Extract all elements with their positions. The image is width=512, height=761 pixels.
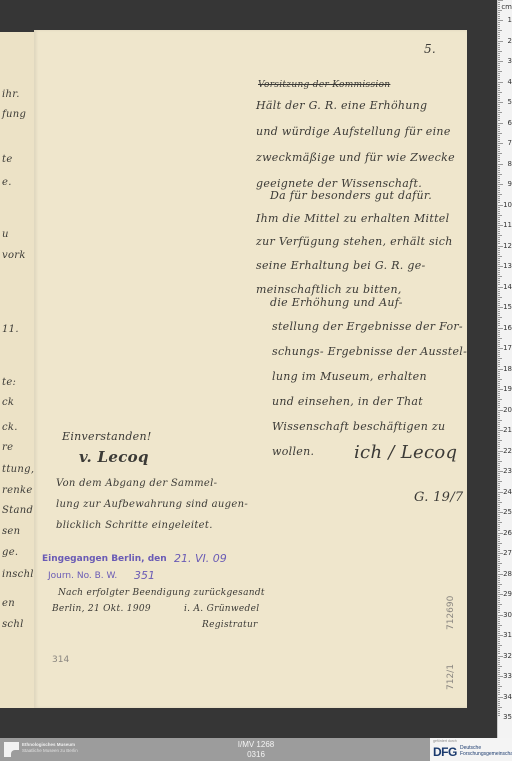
ruler-tick — [498, 161, 500, 162]
left-page-fragment: ck — [2, 397, 14, 408]
ruler-tick — [498, 178, 500, 179]
ruler-tick — [498, 358, 502, 359]
approval-note-line: lung zur Aufbewahrung sind augen- — [56, 499, 248, 510]
ruler-tick — [498, 555, 500, 556]
ruler-tick — [498, 315, 500, 316]
ruler-label: 31 — [503, 631, 512, 639]
ruler-tick — [498, 278, 500, 279]
ruler-tick — [498, 274, 500, 275]
ruler-tick — [498, 12, 500, 13]
ruler-tick — [498, 563, 502, 564]
ruler-tick — [498, 504, 500, 505]
ruler-label: 27 — [503, 549, 512, 557]
ruler-tick — [498, 578, 500, 579]
ruler-tick — [498, 574, 503, 575]
ruler-tick — [498, 664, 500, 665]
ruler-tick — [498, 272, 500, 273]
ruler-tick — [498, 155, 500, 156]
ruler-tick — [498, 420, 502, 421]
ruler-tick — [498, 510, 500, 511]
left-page-fragment: ck. — [2, 422, 18, 433]
ruler-tick — [498, 678, 500, 679]
ruler-tick — [498, 709, 500, 710]
ruler-tick — [498, 256, 502, 257]
ruler-tick — [498, 545, 500, 546]
ruler-tick — [498, 371, 500, 372]
ruler-tick — [498, 28, 500, 29]
ruler-tick — [498, 658, 500, 659]
ruler-tick — [498, 319, 500, 320]
ruler-tick — [498, 342, 500, 343]
ruler-tick — [498, 469, 500, 470]
ruler-tick — [498, 303, 500, 304]
ruler-label: 4 — [508, 78, 512, 86]
ruler-tick — [498, 373, 500, 374]
ruler-label: 10 — [503, 201, 512, 209]
ruler-tick — [498, 323, 500, 324]
ruler-tick — [498, 623, 500, 624]
ruler-tick — [498, 539, 500, 540]
ruler-tick — [498, 569, 500, 570]
left-page-fragment: te — [2, 154, 13, 165]
ruler-tick — [498, 262, 500, 263]
return-note-line: Nach erfolgter Beendigung zurückgesandt — [58, 588, 265, 598]
ruler-tick — [498, 14, 500, 15]
ruler-tick — [498, 131, 500, 132]
ruler-tick — [498, 94, 500, 95]
ruler-tick — [498, 483, 500, 484]
ruler-tick — [498, 522, 502, 523]
ruler-tick — [498, 280, 500, 281]
ruler-tick — [498, 0, 503, 1]
ruler-tick — [498, 202, 500, 203]
ruler-tick — [498, 699, 500, 700]
ruler-tick — [498, 453, 500, 454]
ruler-tick — [498, 442, 500, 443]
ruler-tick — [498, 455, 500, 456]
ruler-tick — [498, 377, 500, 378]
ruler-tick — [498, 412, 500, 413]
ruler-tick — [498, 582, 500, 583]
ruler-tick — [498, 92, 502, 93]
ruler-tick — [498, 157, 500, 158]
ruler-tick — [498, 526, 500, 527]
ruler-label: 23 — [503, 467, 512, 475]
ruler-tick — [498, 444, 500, 445]
ruler-tick — [498, 67, 500, 68]
ruler-tick — [498, 649, 500, 650]
ruler-tick — [498, 227, 500, 228]
ruler-label: 30 — [503, 611, 512, 619]
ruler-tick — [498, 662, 500, 663]
ruler-tick — [498, 84, 500, 85]
ruler-tick — [498, 223, 500, 224]
ruler-tick — [498, 79, 500, 80]
initials-signature: ich / Lecoq — [354, 442, 457, 463]
ruler-tick — [498, 436, 500, 437]
ruler-tick — [498, 391, 500, 392]
ruler-tick — [498, 697, 503, 698]
ruler-tick — [498, 588, 500, 589]
text-line: wollen. — [272, 445, 314, 458]
ruler-label: 28 — [503, 570, 512, 578]
ruler-tick — [498, 192, 500, 193]
ruler-tick — [498, 276, 502, 277]
stamp-journal-number: 351 — [134, 569, 155, 582]
ruler-tick — [498, 313, 500, 314]
ruler-tick — [498, 166, 500, 167]
ruler-tick — [498, 145, 500, 146]
ruler-tick — [498, 63, 500, 64]
ruler-tick — [498, 43, 500, 44]
text-line: zweckmäßige und für wie Zwecke — [256, 151, 455, 164]
ruler-tick — [498, 36, 500, 37]
ruler-tick — [498, 65, 500, 66]
ruler-tick — [498, 198, 500, 199]
ruler-tick — [498, 246, 503, 247]
left-page-fragment: ge. — [2, 547, 18, 558]
ruler-tick — [498, 496, 500, 497]
ruler-tick — [498, 432, 500, 433]
ruler-tick — [498, 328, 503, 329]
ruler-tick — [498, 252, 500, 253]
ruler-tick — [498, 325, 500, 326]
ruler-tick — [498, 151, 500, 152]
ruler-tick — [498, 481, 502, 482]
approval-heading: Einverstanden! — [62, 430, 152, 443]
stamp-journal-label: Journ. No. B. W. — [48, 571, 117, 581]
ruler-tick — [498, 479, 500, 480]
ruler-tick — [498, 610, 500, 611]
ruler-label: 7 — [508, 139, 512, 147]
left-page-fragment: sen — [2, 526, 20, 537]
ruler-tick — [498, 594, 503, 595]
text-line: Wissenschaft beschäftigen zu — [272, 420, 445, 433]
ruler-tick — [498, 102, 503, 103]
dfg-name-line-2: Forschungsgemeinschaft — [460, 751, 512, 757]
ruler-tick — [498, 576, 500, 577]
ruler-tick — [498, 571, 500, 572]
pencil-note-margin-bottom: 712/1 — [446, 664, 456, 690]
ruler-tick — [498, 666, 502, 667]
return-note-signature: i. A. Grünwedel — [184, 604, 259, 614]
ruler-tick — [498, 186, 500, 187]
ruler-tick — [498, 416, 500, 417]
ruler-tick — [498, 518, 500, 519]
text-line: und einsehen, in der That — [272, 395, 423, 408]
ruler-label: 22 — [503, 447, 512, 455]
ruler-tick — [498, 608, 500, 609]
ruler-tick — [498, 465, 500, 466]
ruler-tick — [498, 637, 500, 638]
ruler-tick — [498, 153, 502, 154]
ruler-tick — [498, 537, 500, 538]
ruler-label: 29 — [503, 590, 512, 598]
ruler-tick — [498, 559, 500, 560]
ruler-tick — [498, 194, 502, 195]
archive-footer: Ethnologisches Museum Staatliche Museen … — [0, 738, 512, 761]
ruler-tick — [498, 24, 500, 25]
ruler-tick — [498, 553, 503, 554]
ruler-tick — [498, 108, 500, 109]
ruler-tick — [498, 133, 502, 134]
ruler-tick — [498, 549, 500, 550]
ruler-tick — [498, 38, 500, 39]
ruler-unit-label: cm — [501, 3, 512, 11]
ruler-tick — [498, 557, 500, 558]
ruler-tick — [498, 516, 500, 517]
ruler-tick — [498, 116, 500, 117]
ruler-tick — [498, 287, 503, 288]
ruler-tick — [498, 143, 503, 144]
ruler-tick — [498, 45, 500, 46]
ruler-tick — [498, 239, 500, 240]
ruler-tick — [498, 403, 500, 404]
stamp-received-label: Eingegangen Berlin, den — [42, 554, 167, 564]
ruler-label: 6 — [508, 119, 512, 127]
ruler-tick — [498, 500, 500, 501]
ruler-tick — [498, 690, 500, 691]
ruler-label: 13 — [503, 262, 512, 270]
ruler-tick — [498, 653, 500, 654]
ruler-tick — [498, 381, 500, 382]
ruler-tick — [498, 674, 500, 675]
ruler-tick — [498, 120, 500, 121]
ruler-tick — [498, 533, 503, 534]
ruler-tick — [498, 567, 500, 568]
ruler-tick — [498, 311, 500, 312]
dfg-funded-label: gefördert durch — [433, 739, 457, 743]
ruler-tick — [498, 705, 500, 706]
return-note-date: Berlin, 21 Okt. 1909 — [52, 604, 151, 614]
ruler-label: 3 — [508, 57, 512, 65]
ruler-tick — [498, 295, 500, 296]
ruler-tick — [498, 596, 500, 597]
ruler-tick — [498, 127, 500, 128]
ruler-tick — [498, 340, 500, 341]
ruler-tick — [498, 600, 500, 601]
ruler-tick — [498, 660, 500, 661]
ruler-tick — [498, 268, 500, 269]
approval-signature: v. Lecoq — [79, 448, 149, 466]
ruler-tick — [498, 164, 503, 165]
ruler-tick — [498, 354, 500, 355]
ruler-tick — [498, 317, 502, 318]
ruler-tick — [498, 535, 500, 536]
ruler-tick — [498, 149, 500, 150]
text-line: meinschaftlich zu bitten, — [256, 283, 402, 296]
ruler-tick — [498, 405, 500, 406]
ruler-tick — [498, 428, 500, 429]
return-note-registry: Registratur — [202, 620, 258, 630]
ruler-tick — [498, 336, 500, 337]
left-page-fragment: ttung, — [2, 464, 34, 475]
ruler-tick — [498, 16, 500, 17]
ruler-tick — [498, 676, 503, 677]
left-page-fragment: schl — [2, 619, 24, 630]
ruler-tick — [498, 100, 500, 101]
ruler-tick — [498, 291, 500, 292]
ruler-tick — [498, 514, 500, 515]
ruler-tick — [498, 639, 500, 640]
ruler-tick — [498, 477, 500, 478]
ruler-tick — [498, 641, 500, 642]
ruler-tick — [498, 6, 500, 7]
approval-note-line: Von dem Abgang der Sammel- — [56, 478, 217, 489]
ruler-tick — [498, 77, 500, 78]
ruler-tick — [498, 332, 500, 333]
ruler-tick — [498, 440, 502, 441]
ruler-tick — [498, 346, 500, 347]
ruler-tick — [498, 541, 500, 542]
ruler-label: 33 — [503, 672, 512, 680]
ruler-tick — [498, 26, 500, 27]
ruler-tick — [498, 672, 500, 673]
ruler-tick — [498, 473, 500, 474]
ruler-tick — [498, 520, 500, 521]
ruler-tick — [498, 617, 500, 618]
ruler-label: 14 — [503, 283, 512, 291]
ruler-tick — [498, 8, 500, 9]
left-page-fragment: u — [2, 229, 9, 240]
ruler-label: 1 — [508, 16, 512, 24]
ruler-tick — [498, 459, 500, 460]
ruler-tick — [498, 250, 500, 251]
ruler-tick — [498, 254, 500, 255]
ruler-tick — [498, 434, 500, 435]
ruler-tick — [498, 55, 500, 56]
ruler-tick — [498, 338, 502, 339]
ruler-tick — [498, 4, 500, 5]
ruler-tick — [498, 615, 503, 616]
ruler-tick — [498, 448, 500, 449]
dated-mark: G. 19/7 — [414, 490, 463, 505]
ruler-tick — [498, 182, 500, 183]
ruler-tick — [498, 135, 500, 136]
ruler-tick — [498, 530, 500, 531]
ruler-tick — [498, 330, 500, 331]
ruler-tick — [498, 670, 500, 671]
ruler-tick — [498, 424, 500, 425]
text-line: Hält der G. R. eine Erhöhung — [256, 99, 427, 112]
ruler-tick — [498, 2, 500, 3]
ruler-tick — [498, 489, 500, 490]
ruler-label: 26 — [503, 529, 512, 537]
ruler-tick — [498, 703, 500, 704]
ruler-tick — [498, 688, 500, 689]
text-line: Ihm die Mittel zu erhalten Mittel — [256, 212, 449, 225]
left-facing-page: ihr. fung te e. u vork 11. te: ck ck. re… — [0, 32, 34, 708]
ruler-tick — [498, 385, 500, 386]
ruler-tick — [498, 59, 500, 60]
ruler-label: 25 — [503, 508, 512, 516]
ruler-tick — [498, 502, 502, 503]
ruler-tick — [498, 360, 500, 361]
ruler-tick — [498, 334, 500, 335]
ruler-tick — [498, 53, 500, 54]
ruler-tick — [498, 30, 502, 31]
ruler-tick — [498, 307, 503, 308]
ruler-tick — [498, 407, 500, 408]
ruler-tick — [498, 266, 503, 267]
ruler-tick — [498, 625, 502, 626]
ruler-tick — [498, 451, 503, 452]
ruler-tick — [498, 225, 503, 226]
ruler-tick — [498, 592, 500, 593]
ruler-tick — [498, 209, 500, 210]
ruler-tick — [498, 69, 500, 70]
ruler-label: 8 — [508, 160, 512, 168]
ruler-tick — [498, 309, 500, 310]
ruler-tick — [498, 248, 500, 249]
ruler-tick — [498, 629, 500, 630]
ruler-tick — [498, 129, 500, 130]
left-page-fragment: renke — [2, 485, 33, 496]
left-page-fragment: inschl. — [2, 569, 37, 580]
ruler-tick — [498, 350, 500, 351]
ruler-tick — [498, 446, 500, 447]
ruler-tick — [498, 401, 500, 402]
ruler-tick — [498, 410, 503, 411]
ruler-tick — [498, 684, 500, 685]
ruler-tick — [498, 395, 500, 396]
ruler-tick — [498, 190, 500, 191]
ruler-tick — [498, 49, 500, 50]
ruler-tick — [498, 352, 500, 353]
ruler-tick — [498, 565, 500, 566]
ruler-tick — [498, 680, 500, 681]
ruler-tick — [498, 118, 500, 119]
ruler-tick — [498, 114, 500, 115]
ruler-tick — [498, 485, 500, 486]
ruler-tick — [498, 196, 500, 197]
ruler-tick — [498, 20, 503, 21]
ruler-tick — [498, 383, 500, 384]
ruler-tick — [498, 494, 500, 495]
ruler-tick — [498, 205, 503, 206]
ruler-tick — [498, 397, 500, 398]
ruler-tick — [498, 141, 500, 142]
ruler-label: 2 — [508, 37, 512, 45]
stamp-received-date: 21. VI. 09 — [174, 552, 227, 565]
ruler-tick — [498, 604, 502, 605]
pencil-note-bottom: 314 — [52, 655, 69, 665]
ruler-tick — [498, 387, 500, 388]
ruler-tick — [498, 137, 500, 138]
ruler-tick — [498, 217, 500, 218]
ruler-tick — [498, 651, 500, 652]
ruler-tick — [498, 174, 502, 175]
ruler-tick — [498, 219, 500, 220]
ruler-tick — [498, 321, 500, 322]
ruler-tick — [498, 231, 500, 232]
ruler-tick — [498, 241, 500, 242]
ruler-tick — [498, 82, 503, 83]
text-line: und würdige Aufstellung für eine — [256, 125, 451, 138]
ruler-label: 11 — [503, 221, 512, 229]
ruler-tick — [498, 711, 500, 712]
ruler-tick — [498, 467, 500, 468]
ruler-tick — [498, 34, 500, 35]
ruler-tick — [498, 547, 500, 548]
pencil-note-margin-top: 712690 — [446, 596, 456, 630]
ruler-tick — [498, 348, 503, 349]
ruler-tick — [498, 293, 500, 294]
left-page-fragment: vork — [2, 250, 26, 261]
ruler-tick — [498, 561, 500, 562]
ruler-tick — [498, 125, 500, 126]
text-line: zur Verfügung stehen, erhält sich — [256, 235, 453, 248]
